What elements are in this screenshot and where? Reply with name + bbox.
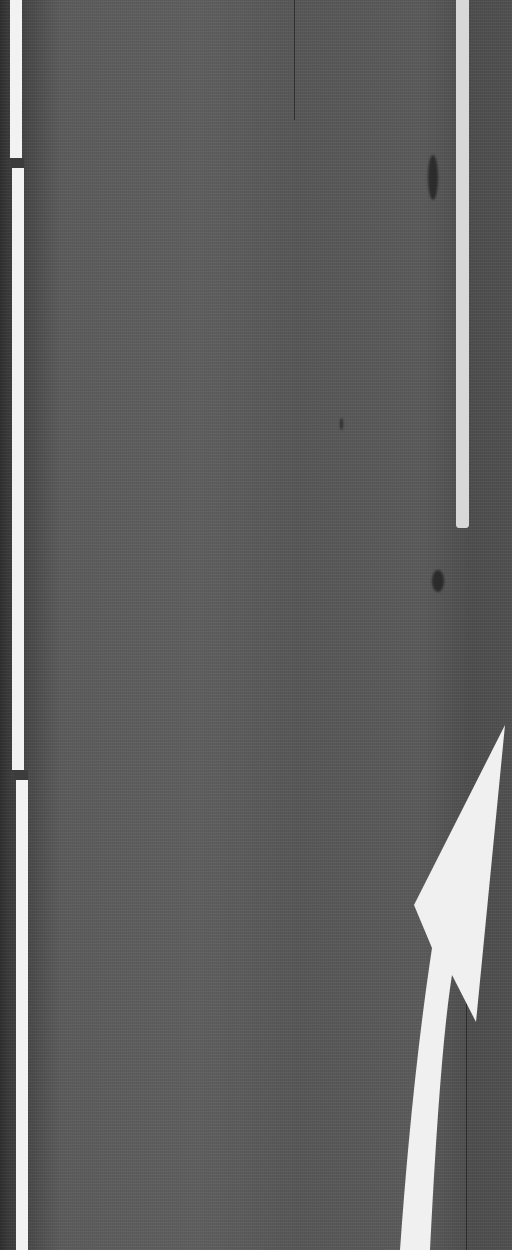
turn-arrow-marking <box>0 0 512 1250</box>
road-scene <box>0 0 512 1250</box>
